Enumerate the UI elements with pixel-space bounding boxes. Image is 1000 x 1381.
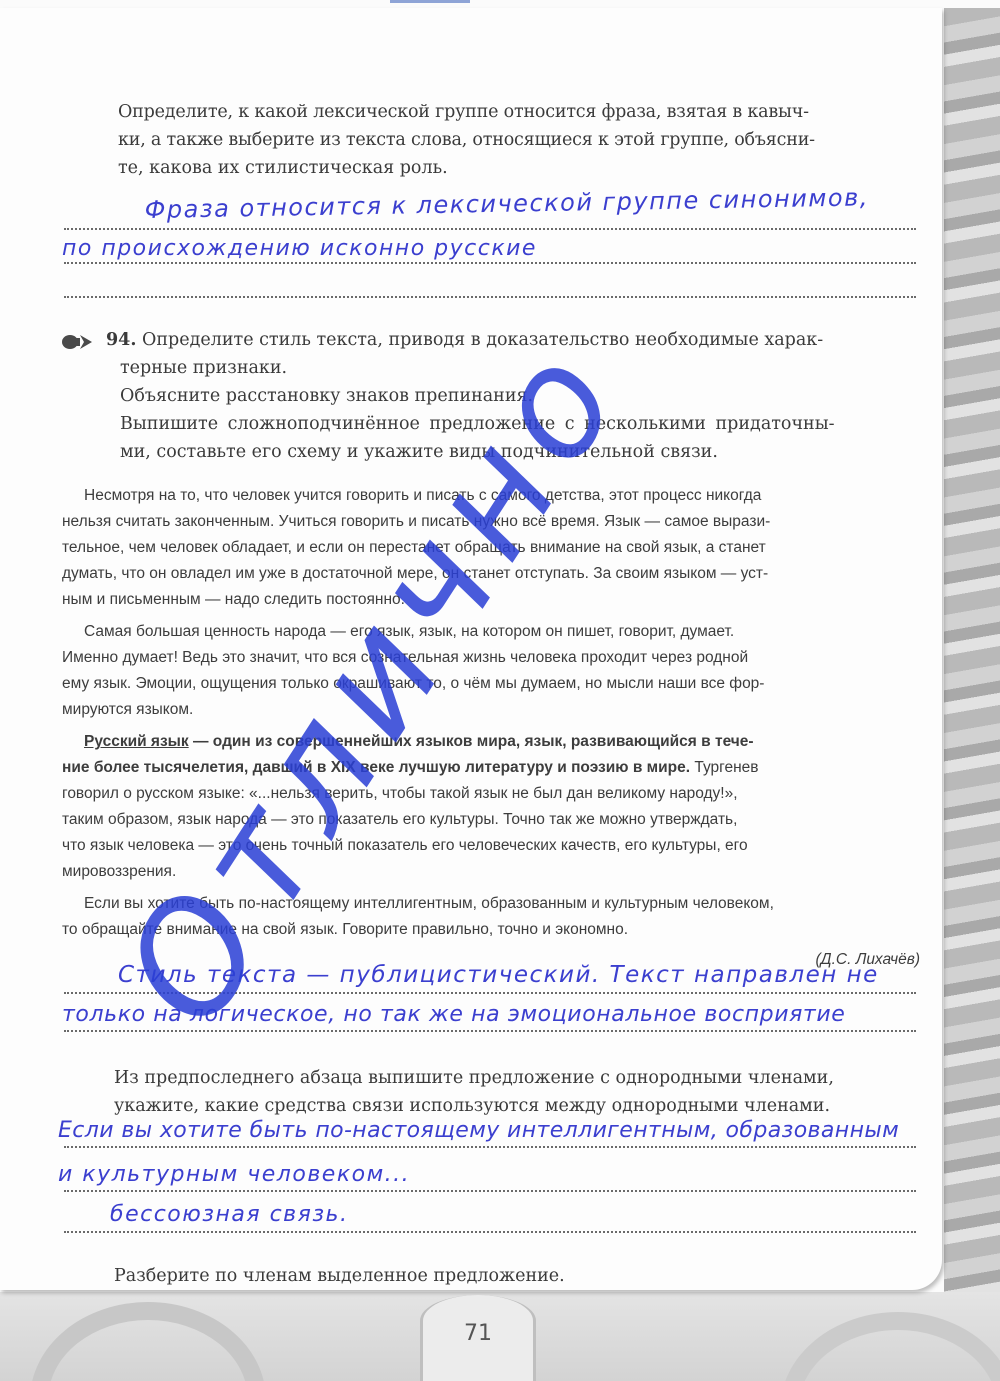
page-number: 71 [423, 1321, 533, 1346]
answer-line [64, 262, 916, 264]
answer-line [64, 228, 916, 230]
task-number: 94. [106, 330, 136, 350]
answer-line [64, 1146, 916, 1148]
task-line: Разберите по членам выделенное предложен… [114, 1262, 934, 1290]
text-line: ему язык. Эмоции, ощущения только окраши… [62, 671, 920, 697]
handwritten-answer: по происхождению исконно русские [62, 236, 537, 261]
pen-nib-bullet-icon [62, 333, 100, 351]
page-number-tab: 71 [420, 1295, 536, 1381]
handwritten-answer: Если вы хотите быть по-настоящему интелл… [58, 1118, 899, 1143]
workbook-page: Определите, к какой лексической группе о… [0, 0, 1000, 1381]
homogeneous-task: Из предпоследнего абзаца выпишите предло… [114, 1064, 934, 1120]
top-task-line: те, какова их стилистическая роль. [118, 154, 928, 182]
text-fragment: Тургенев [690, 759, 758, 776]
scan-edge-mark [390, 0, 470, 3]
answer-line [64, 296, 916, 298]
parse-task: Разберите по членам выделенное предложен… [114, 1262, 934, 1290]
answer-line [64, 1190, 916, 1192]
handwritten-answer: и культурным человеком... [58, 1162, 410, 1187]
top-task-line: Определите, к какой лексической группе о… [118, 98, 928, 126]
top-task-text: Определите, к какой лексической группе о… [118, 98, 928, 182]
task-line: Определите стиль текста, приводя в доказ… [142, 330, 823, 350]
answer-line [64, 1231, 916, 1233]
answer-line [64, 1030, 916, 1032]
highlighted-subject: Русский язык [84, 733, 189, 750]
task-line: Из предпоследнего абзаца выпишите предло… [114, 1064, 934, 1092]
text-line: мируются языком. [62, 697, 920, 723]
handwritten-answer: бессоюзная связь. [110, 1202, 349, 1227]
task-line: укажите, какие средства связи используют… [114, 1092, 934, 1120]
decorative-page-edge-band [944, 8, 1000, 1381]
top-task-line: ки, а также выберите из текста слова, от… [118, 126, 928, 154]
